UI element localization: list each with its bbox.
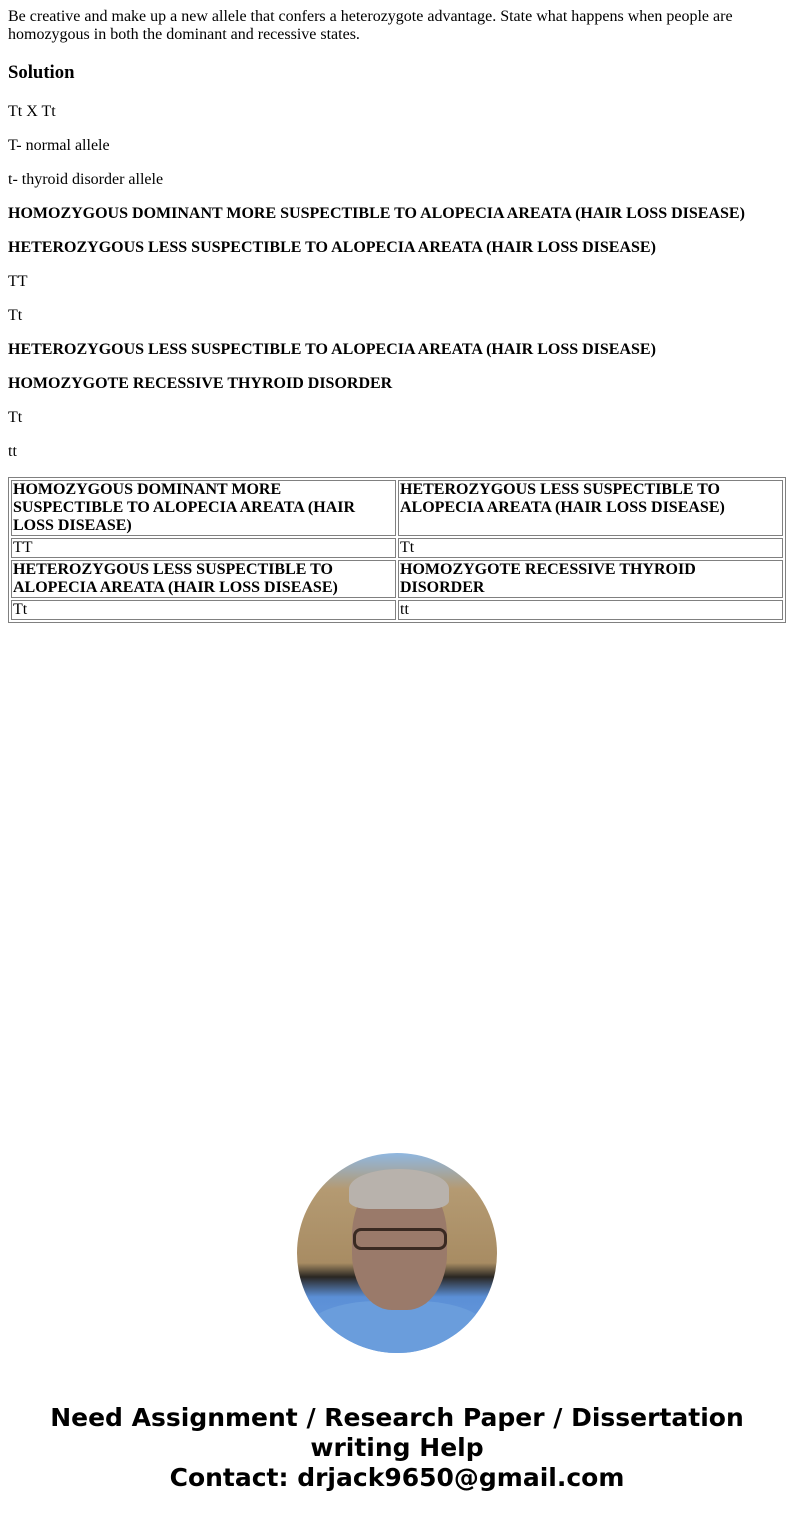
solution-line: T- normal allele [8, 137, 110, 155]
promo-banner: Need Assignment / Research Paper / Disse… [0, 1403, 794, 1493]
table-header-cell: HOMOZYGOUS DOMINANT MORE SUSPECTIBLE TO … [11, 480, 396, 536]
tutor-avatar [297, 1153, 497, 1353]
table-cell: tt [398, 600, 783, 620]
promo-line-3: Contact: drjack9650@gmail.com [0, 1463, 794, 1493]
solution-line: HOMOZYGOUS DOMINANT MORE SUSPECTIBLE TO … [8, 205, 745, 223]
table-cell: Tt [398, 538, 783, 558]
table-row: HOMOZYGOUS DOMINANT MORE SUSPECTIBLE TO … [11, 480, 783, 536]
table-header-cell: HETEROZYGOUS LESS SUSPECTIBLE TO ALOPECI… [398, 480, 783, 536]
table-cell: TT [11, 538, 396, 558]
solution-line: Tt [8, 307, 22, 325]
table-row: TTTt [11, 538, 783, 558]
question-text: Be creative and make up a new allele tha… [8, 8, 786, 44]
table-header-cell: HOMOZYGOTE RECESSIVE THYROID DISORDER [398, 560, 783, 598]
table-row: Tttt [11, 600, 783, 620]
avatar-glasses [353, 1228, 447, 1250]
avatar-hair [349, 1169, 449, 1209]
promo-line-2: writing Help [0, 1433, 794, 1463]
solution-line: Tt [8, 409, 22, 427]
table-row: HETEROZYGOUS LESS SUSPECTIBLE TO ALOPECI… [11, 560, 783, 598]
solution-line: HETEROZYGOUS LESS SUSPECTIBLE TO ALOPECI… [8, 239, 656, 257]
solution-line: TT [8, 273, 28, 291]
solution-line: Tt X Tt [8, 103, 56, 121]
solution-heading: Solution [8, 62, 786, 84]
solution-line: tt [8, 443, 17, 461]
solution-line: t- thyroid disorder allele [8, 171, 163, 189]
genotype-table: HOMOZYGOUS DOMINANT MORE SUSPECTIBLE TO … [8, 477, 786, 623]
document-body: Be creative and make up a new allele tha… [8, 0, 786, 84]
table-header-cell: HETEROZYGOUS LESS SUSPECTIBLE TO ALOPECI… [11, 560, 396, 598]
solution-line: HOMOZYGOTE RECESSIVE THYROID DISORDER [8, 375, 392, 393]
table-cell: Tt [11, 600, 396, 620]
solution-line: HETEROZYGOUS LESS SUSPECTIBLE TO ALOPECI… [8, 341, 656, 359]
promo-line-1: Need Assignment / Research Paper / Disse… [0, 1403, 794, 1433]
